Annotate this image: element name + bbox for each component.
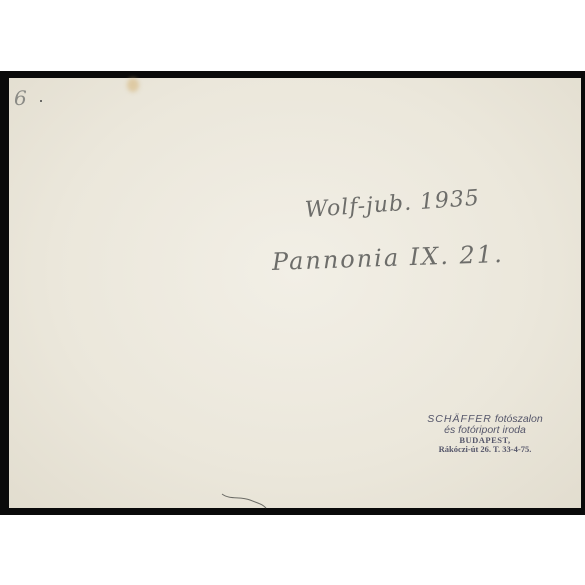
corner-number: 6 xyxy=(14,86,27,110)
stain-mark xyxy=(127,78,139,92)
pencil-dot xyxy=(40,100,42,102)
pencil-squiggle xyxy=(220,490,270,510)
studio-stamp: SCHÄFFER fotószalon és fotóriport iroda … xyxy=(395,414,575,454)
stamp-address: Rákóczi-út 26. T. 33-4-75. xyxy=(395,445,575,454)
